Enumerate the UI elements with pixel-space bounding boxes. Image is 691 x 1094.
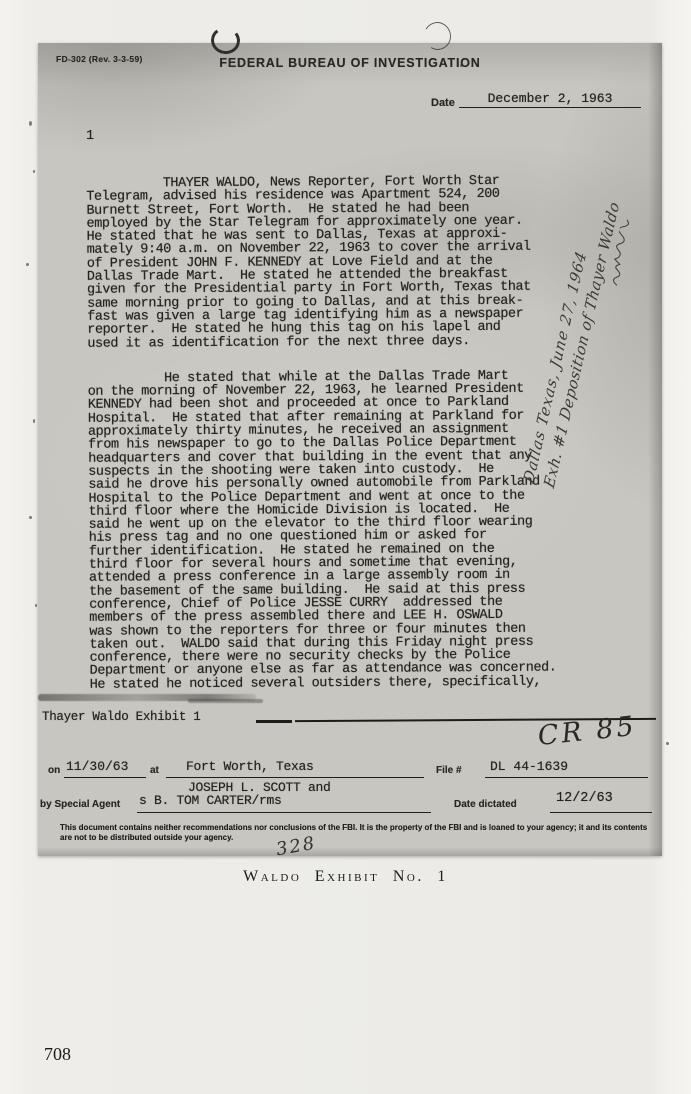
date-dictated-label: Date dictated bbox=[454, 799, 517, 810]
by-special-agent-label: by Special Agent bbox=[40, 799, 120, 810]
interview-place-underline bbox=[166, 776, 424, 778]
file-number-value: DL 44-1639 bbox=[490, 759, 568, 774]
file-number-label: File # bbox=[436, 765, 462, 776]
date-dictated-underline bbox=[550, 811, 652, 813]
file-number-underline bbox=[485, 776, 648, 778]
exhibit-dash bbox=[256, 720, 292, 723]
agent-name-line2: s B. TOM CARTER/rms bbox=[139, 793, 282, 808]
exhibit-label: Thayer Waldo Exhibit 1 bbox=[42, 710, 200, 724]
on-label: on bbox=[48, 765, 60, 776]
interview-date-underline bbox=[64, 776, 146, 778]
agent-underline bbox=[137, 811, 431, 813]
interview-place-value: Fort Worth, Texas bbox=[186, 759, 314, 774]
fbi-disclaimer: This document contains neither recommend… bbox=[60, 823, 648, 843]
date-value: December 2, 1963 bbox=[488, 91, 613, 106]
volume-page-number: 708 bbox=[44, 1044, 71, 1065]
interview-info-row: on 11/30/63 at Fort Worth, Texas File # … bbox=[38, 757, 662, 781]
report-body: THAYER WALDO, News Reporter, Fort Worth … bbox=[86, 174, 595, 691]
exhibit-caption: Waldo Exhibit No. 1 bbox=[0, 868, 691, 886]
date-dictated-value: 12/2/63 bbox=[556, 791, 613, 806]
at-label: at bbox=[150, 765, 159, 776]
smudge-mark-2 bbox=[188, 699, 263, 703]
date-label: Date bbox=[431, 97, 455, 109]
date-row: Date December 2, 1963 bbox=[431, 93, 455, 111]
paragraph-1: THAYER WALDO, News Reporter, Fort Worth … bbox=[86, 174, 592, 350]
interview-date-value: 11/30/63 bbox=[66, 759, 128, 774]
agent-row: by Special Agent s B. TOM CARTER/rms Dat… bbox=[38, 791, 662, 815]
paper-edge-shadow-bottom bbox=[38, 847, 662, 856]
paragraph-2: He stated that while at the Dallas Trade… bbox=[88, 369, 595, 692]
page-number-marker: 1 bbox=[86, 129, 94, 144]
agency-title: FEDERAL BUREAU OF INVESTIGATION bbox=[38, 56, 662, 70]
scanned-document-page: FD-302 (Rev. 3-3-59) FEDERAL BUREAU OF I… bbox=[38, 43, 662, 856]
